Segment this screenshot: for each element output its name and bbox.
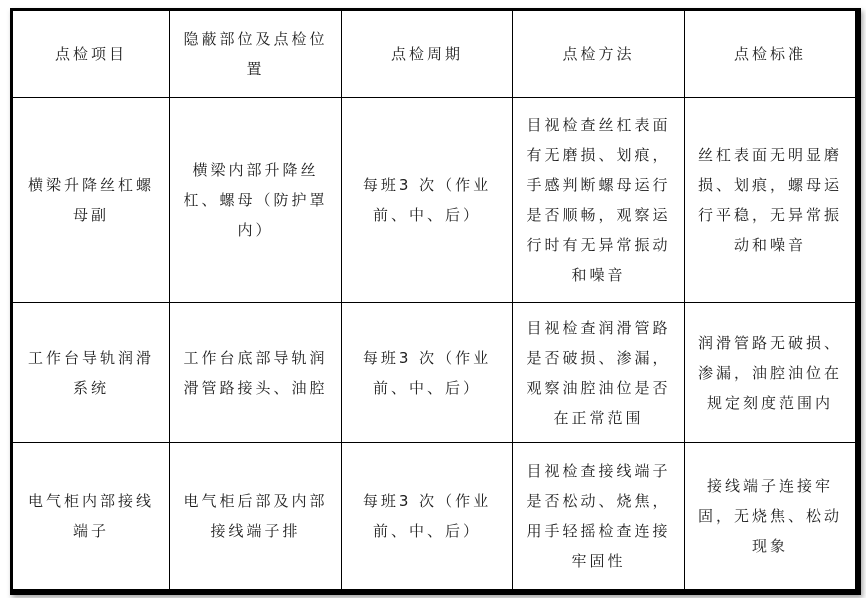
cell-hidden-location: 横梁内部升降丝杠、螺母（防护罩内）: [170, 98, 342, 303]
table-row-worktable-lubrication: 工作台导轨润滑系统 工作台底部导轨润滑管路接头、油腔 每班3 次（作业前、中、后…: [13, 303, 856, 443]
cell-standard: 丝杠表面无明显磨损、划痕，螺母运行平稳，无异常振动和噪音: [685, 98, 856, 303]
cell-standard: 接线端子连接牢固，无烧焦、松动现象: [685, 443, 856, 590]
cell-method: 目视检查接线端子是否松动、烧焦，用手轻摇检查连接牢固性: [513, 443, 685, 590]
cell-cycle: 每班3 次（作业前、中、后）: [342, 303, 513, 443]
header-cell-cycle: 点检周期: [342, 11, 513, 98]
header-cell-hidden-location: 隐蔽部位及点检位置: [170, 11, 342, 98]
header-cell-standard: 点检标准: [685, 11, 856, 98]
table-row-crossbeam-screw: 横梁升降丝杠螺母副 横梁内部升降丝杠、螺母（防护罩内） 每班3 次（作业前、中、…: [13, 98, 856, 303]
header-cell-inspection-item: 点检项目: [13, 11, 170, 98]
table-shadow-frame: 点检项目 隐蔽部位及点检位置 点检周期 点检方法 点检标准 横梁升降丝杠螺母副 …: [10, 8, 861, 595]
cell-standard: 润滑管路无破损、渗漏，油腔油位在规定刻度范围内: [685, 303, 856, 443]
inspection-table: 点检项目 隐蔽部位及点检位置 点检周期 点检方法 点检标准 横梁升降丝杠螺母副 …: [12, 10, 856, 590]
header-row: 点检项目 隐蔽部位及点检位置 点检周期 点检方法 点检标准: [13, 11, 856, 98]
cell-inspection-item: 工作台导轨润滑系统: [13, 303, 170, 443]
cell-cycle: 每班3 次（作业前、中、后）: [342, 443, 513, 590]
cell-inspection-item: 电气柜内部接线端子: [13, 443, 170, 590]
cell-hidden-location: 电气柜后部及内部接线端子排: [170, 443, 342, 590]
cell-method: 目视检查润滑管路是否破损、渗漏，观察油腔油位是否在正常范围: [513, 303, 685, 443]
cell-method: 目视检查丝杠表面有无磨损、划痕，手感判断螺母运行是否顺畅，观察运行时有无异常振动…: [513, 98, 685, 303]
header-cell-method: 点检方法: [513, 11, 685, 98]
table-row-electrical-terminals: 电气柜内部接线端子 电气柜后部及内部接线端子排 每班3 次（作业前、中、后） 目…: [13, 443, 856, 590]
cell-hidden-location: 工作台底部导轨润滑管路接头、油腔: [170, 303, 342, 443]
cell-cycle: 每班3 次（作业前、中、后）: [342, 98, 513, 303]
cell-inspection-item: 横梁升降丝杠螺母副: [13, 98, 170, 303]
